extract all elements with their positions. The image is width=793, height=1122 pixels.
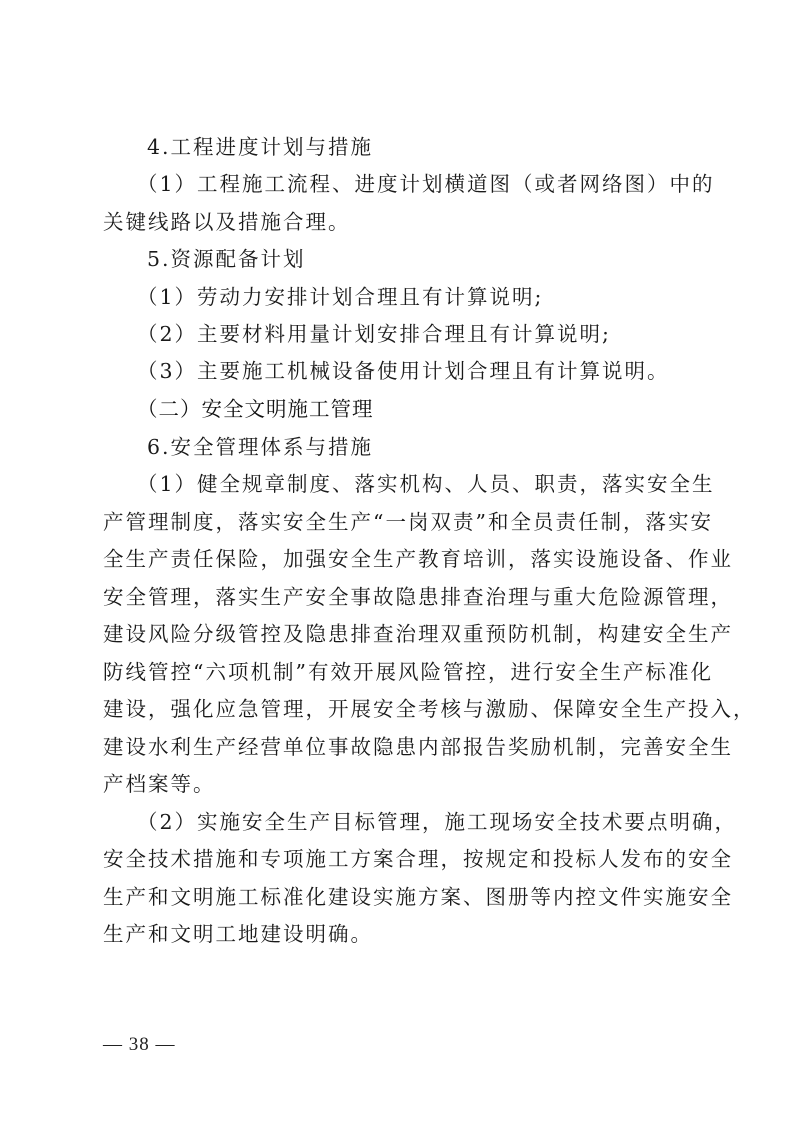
body-line: （3）主要施工机械设备使用计划合理且有计算说明。 [137, 353, 670, 391]
item-heading: 5.资源配备计划 [147, 241, 306, 279]
body-line: 产档案等。 [103, 766, 216, 804]
page-number: — 38 — [103, 1034, 176, 1056]
body-line: 建设风险分级管控及隐患排查治理双重预防机制，构建安全生产 [103, 616, 691, 654]
item-heading: 6.安全管理体系与措施 [147, 429, 373, 467]
body-line: 建设，强化应急管理，开展安全考核与激励、保障安全生产投入， [103, 691, 691, 729]
body-line: 产管理制度，落实安全生产“一岗双责”和全员责任制，落实安 [103, 504, 691, 542]
body-line: 生产和文明工地建设明确。 [103, 916, 373, 954]
body-line: 安全技术措施和专项施工方案合理，按规定和投标人发布的安全 [103, 841, 691, 879]
body-line: 安全管理，落实生产安全事故隐患排查治理与重大危险源管理， [103, 579, 691, 617]
body-line: 关键线路以及措施合理。 [103, 204, 351, 242]
body-line: 生产和文明施工标准化建设实施方案、图册等内控文件实施安全 [103, 879, 691, 917]
body-line: （1）健全规章制度、落实机构、人员、职责，落实安全生 [137, 466, 691, 504]
body-line: （1）劳动力安排计划合理且有计算说明; [137, 279, 543, 317]
body-line: 防线管控“六项机制”有效开展风险管控，进行安全生产标准化 [103, 654, 691, 692]
body-line: （1）工程施工流程、进度计划横道图（或者网络图）中的 [137, 166, 691, 204]
document-page: 4.工程进度计划与措施（1）工程施工流程、进度计划横道图（或者网络图）中的关键线… [0, 0, 793, 1122]
body-line: （2）实施安全生产目标管理，施工现场安全技术要点明确， [137, 804, 691, 842]
body-line: （2）主要材料用量计划安排合理且有计算说明; [137, 316, 611, 354]
section-heading: （二）安全文明施工管理 [137, 391, 374, 429]
item-heading: 4.工程进度计划与措施 [147, 129, 373, 167]
body-line: 建设水利生产经营单位事故隐患内部报告奖励机制，完善安全生 [103, 729, 691, 767]
body-line: 全生产责任保险，加强安全生产教育培训，落实设施设备、作业 [103, 541, 691, 579]
